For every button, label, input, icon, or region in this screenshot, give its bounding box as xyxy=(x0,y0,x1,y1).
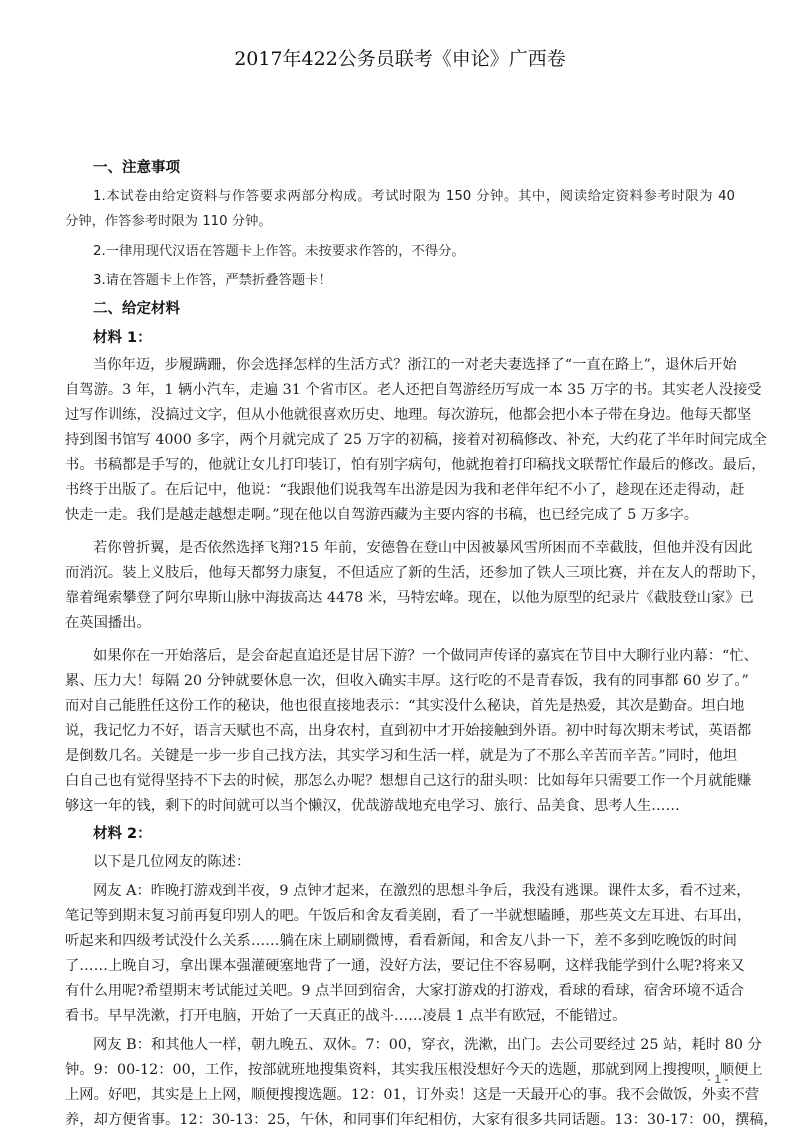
notice-item-1-line-1: 1.本试卷由给定资料与作答要求两部分构成。考试时限为 150 分钟。其中，阅读给… xyxy=(93,185,735,204)
m1-p2-line: 而消沉。装上义肢后，他每天都努力康复，不但适应了新的生活，还参加了铁人三项比赛，… xyxy=(65,562,735,582)
m1-p1-line: 快走一走。我们是越走越想走啊。”现在他以自驾游西藏为主要内容的书稿，也已经完成了… xyxy=(65,504,735,524)
m2-pA-line: 笔记等到期末复习前再复印别人的吧。午饭后和舍友看美剧，看了一半就想瞌睡，那些英文… xyxy=(65,905,735,925)
m1-p2-line: 在英国播出。 xyxy=(65,612,735,632)
m2-pB-line: 网友 B：和其他人一样，朝九晚五、双休。7：00，穿衣，洗漱，出门。去公司要经过… xyxy=(93,1034,735,1054)
m1-p3-line: 够这一年的钱，剩下的时间就可以当个懒汉，优哉游哉地充电学习、旅行、品美食、思考人… xyxy=(65,795,735,815)
m1-p3-line: 而对自己能胜任这份工作的秘诀，他也很直接地表示：“其实没什么秘诀，首先是热爱，其… xyxy=(65,695,735,715)
material-2-label: 材料 2： xyxy=(93,822,152,843)
m2-pA-line: 有什么用呢?希望期末考试能过关吧。9 点半回到宿舍，大家打游戏的打游戏，看球的看… xyxy=(65,980,735,1000)
notice-item-3: 3.请在答题卡上作答，严禁折叠答题卡！ xyxy=(93,269,735,288)
m2-pA-line: 网友 A：昨晚打游戏到半夜，9 点钟才起来，在激烈的思想斗争后，我没有逃课。课件… xyxy=(93,880,735,900)
m2-pB-line: 钟。9：00-12：00，工作，按部就班地搜集资料，其实我压根没想好今天的选题，… xyxy=(65,1059,735,1079)
document-title: 2017年422公务员联考《申论》广西卷 xyxy=(0,44,800,71)
page-number: - 1 - xyxy=(707,1072,728,1086)
m1-p3-line: 说，我记忆力不好，语言天赋也不高，出身农村，直到初中才开始接触到外语。初中时每次… xyxy=(65,720,735,740)
m2-pA-line: 了……上晚自习，拿出课本强灌硬塞地背了一通，没好方法，要记住不容易啊，这样我能学… xyxy=(65,955,735,975)
m2-pB-line: 养，却方便省事。12：30-13：25，午休，和同事们年纪相仿，大家有很多共同话… xyxy=(65,1109,735,1129)
m1-p1-line: 自驾游。3 年，1 辆小汽车，走遍 31 个省市区。老人还把自驾游经历写成一本 … xyxy=(65,379,735,399)
notice-item-1-line-2: 分钟，作答参考时限为 110 分钟。 xyxy=(65,210,735,229)
material-1-label: 材料 1： xyxy=(93,326,152,347)
notice-item-2: 2.一律用现代汉语在答题卡上作答。未按要求作答的，不得分。 xyxy=(93,240,735,259)
m2-pA-line: 听起来和四级考试没什么关系……躺在床上刷刷微博，看看新闻，和舍友八卦一下，差不多… xyxy=(65,930,735,950)
m1-p1-line: 持到图书馆写 4000 多字，两个月就完成了 25 万字的初稿，接着对初稿修改、… xyxy=(65,429,735,449)
m1-p3-line: 白自己也有觉得坚持不下去的时候，那怎么办呢？想想自己这行的甜头呗：比如每年只需要… xyxy=(65,770,735,790)
m2-intro: 以下是几位网友的陈述： xyxy=(93,851,735,871)
m1-p1-line: 书终于出版了。在后记中，他说：“我跟他们说我驾车出游是因为我和老伴年纪不小了，趁… xyxy=(65,479,735,499)
m2-pB-line: 上网。好吧，其实是上上网，顺便搜搜选题。12：01，订外卖！这是一天最开心的事。… xyxy=(65,1084,735,1104)
section-heading-notice: 一、注意事项 xyxy=(93,156,180,177)
m1-p1-line: 过写作训练，没搞过文字，但从小他就很喜欢历史、地理。每次游玩，他都会把小本子带在… xyxy=(65,404,735,424)
document-page: 2017年422公务员联考《申论》广西卷 一、注意事项 1.本试卷由给定资料与作… xyxy=(0,0,800,1131)
m1-p3-line: 是倒数几名。关键是一步一步自己找方法，其实学习和生活一样，就是为了不那么辛苦而辛… xyxy=(65,745,735,765)
m1-p2-line: 若你曾折翼，是否依然选择飞翔?15 年前，安德鲁在登山中因被暴风雪所困而不幸截肢… xyxy=(93,537,735,557)
m1-p3-line: 如果你在一开始落后，是会奋起直追还是甘居下游？一个做同声传译的嘉宾在节目中大聊行… xyxy=(93,645,735,665)
m1-p3-line: 累、压力大！每隔 20 分钟就要休息一次，但收入确实丰厚。这行吃的不是青春饭，我… xyxy=(65,670,735,690)
m1-p2-line: 靠着绳索攀登了阿尔卑斯山脉中海拔高达 4478 米，马特宏峰。现在，以他为原型的… xyxy=(65,587,735,607)
section-heading-materials: 二、给定材料 xyxy=(93,297,180,318)
m1-p1-line: 当你年迈，步履蹒跚，你会选择怎样的生活方式？浙江的一对老夫妻选择了“一直在路上”… xyxy=(93,354,735,374)
m1-p1-line: 书。书稿都是手写的，他就让女儿打印装订，怕有别字病句，他就抱着打印稿找文联帮忙作… xyxy=(65,454,735,474)
m2-pA-line: 看书。早早洗漱，打开电脑，开始了一天真正的战斗……凌晨 1 点半有欧冠，不能错过… xyxy=(65,1005,735,1025)
